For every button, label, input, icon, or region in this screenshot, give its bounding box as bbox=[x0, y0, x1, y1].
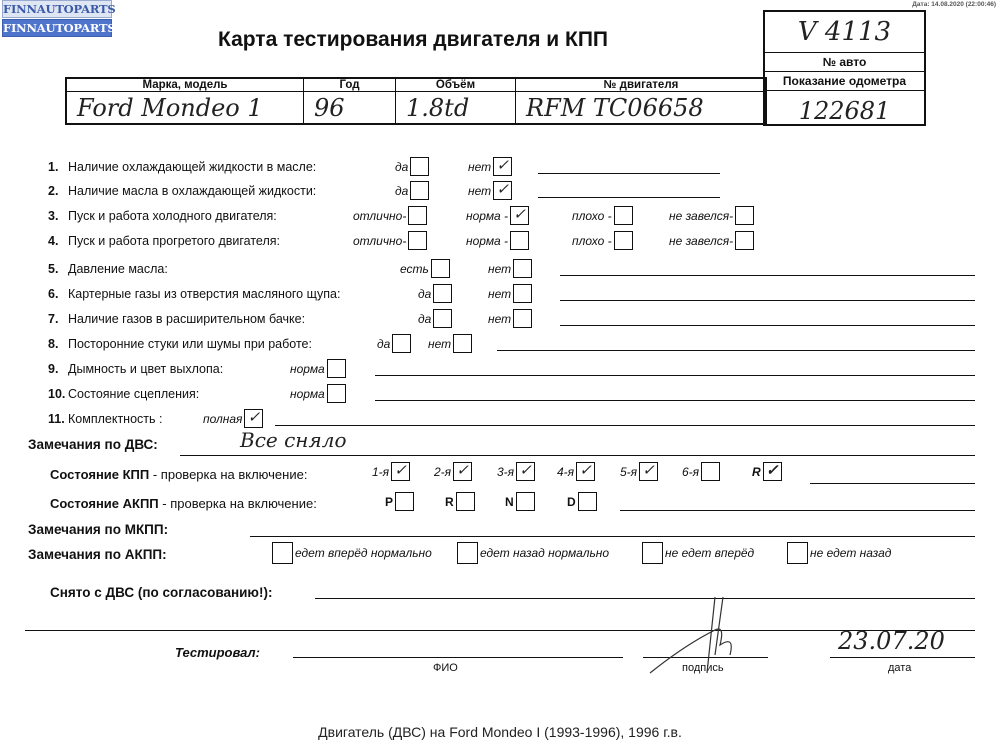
question-1-comment-line[interactable] bbox=[538, 173, 720, 174]
auto-remark-option: не едет назад bbox=[787, 542, 891, 564]
manual-remarks-line[interactable] bbox=[250, 536, 975, 537]
auto-remark-label: едет назад нормально bbox=[480, 546, 609, 560]
odometer-label: Показание одометра bbox=[765, 72, 924, 91]
question-8-comment-line[interactable] bbox=[497, 350, 975, 351]
question-6: 6.Картерные газы из отверстия масляного … bbox=[48, 287, 340, 301]
position-checkbox[interactable] bbox=[456, 492, 475, 511]
gear-label: 3-я bbox=[497, 465, 514, 479]
volume-value: 1.8td bbox=[396, 92, 515, 124]
checkbox[interactable] bbox=[431, 259, 450, 278]
question-6-option: нет bbox=[488, 284, 532, 303]
checkbox[interactable] bbox=[327, 359, 346, 378]
question-text: Дымность и цвет выхлопа: bbox=[68, 362, 223, 376]
question-10: 10.Состояние сцепления: bbox=[48, 387, 199, 401]
question-9-comment-line[interactable] bbox=[375, 375, 975, 376]
question-2-comment-line[interactable] bbox=[538, 197, 720, 198]
year-header: Год bbox=[304, 79, 395, 92]
auto-gearbox-label: Состояние АКПП - проверка на включение: bbox=[50, 496, 317, 511]
manual-gearbox-label-rest: - проверка на включение: bbox=[149, 467, 307, 482]
checkbox[interactable]: ✓ bbox=[510, 206, 529, 225]
question-7: 7.Наличие газов в расширительном бачке: bbox=[48, 312, 305, 326]
question-1: 1.Наличие охлаждающей жидкости в масле: bbox=[48, 160, 316, 174]
gear-checkbox[interactable]: ✓ bbox=[453, 462, 472, 481]
auto-remark-option: не едет вперёд bbox=[642, 542, 754, 564]
question-11: 11.Комплектность : bbox=[48, 412, 162, 426]
engine-number-header: № двигателя bbox=[516, 79, 766, 92]
question-11-option: полная✓ bbox=[203, 409, 263, 428]
question-5-option: есть bbox=[400, 259, 450, 278]
option-label: да bbox=[395, 184, 408, 198]
gear-checkbox[interactable]: ✓ bbox=[576, 462, 595, 481]
question-text: Пуск и работа прогретого двигателя: bbox=[68, 234, 280, 248]
logo-line-2: FINNAUTOPARTS bbox=[2, 19, 112, 37]
question-text: Пуск и работа холодного двигателя: bbox=[68, 209, 277, 223]
fio-label: ФИО bbox=[433, 662, 458, 674]
option-label: нет bbox=[488, 287, 511, 301]
question-2-option: да bbox=[395, 181, 429, 200]
question-11-comment-line[interactable] bbox=[275, 425, 975, 426]
auto-remark-checkbox[interactable] bbox=[787, 542, 808, 564]
gear-label: 5-я bbox=[620, 465, 637, 479]
auto-remark-label: не едет назад bbox=[810, 546, 891, 560]
question-6-comment-line[interactable] bbox=[560, 300, 975, 301]
question-2-option: нет✓ bbox=[468, 181, 512, 200]
question-7-option: да bbox=[418, 309, 452, 328]
checkbox[interactable]: ✓ bbox=[244, 409, 263, 428]
position-checkbox[interactable] bbox=[395, 492, 414, 511]
checkbox[interactable] bbox=[408, 231, 427, 250]
question-text: Наличие охлаждающей жидкости в масле: bbox=[68, 160, 316, 174]
question-number: 10. bbox=[48, 387, 68, 401]
question-5-option: нет bbox=[488, 259, 532, 278]
question-10-comment-line[interactable] bbox=[375, 400, 975, 401]
auto-remark-checkbox[interactable] bbox=[642, 542, 663, 564]
gear-1-я: 1-я✓ bbox=[372, 462, 410, 481]
question-9: 9.Дымность и цвет выхлопа: bbox=[48, 362, 223, 376]
gear-label: 4-я bbox=[557, 465, 574, 479]
signature-scribble bbox=[645, 595, 740, 680]
gear-checkbox[interactable]: ✓ bbox=[516, 462, 535, 481]
gear-R: R✓ bbox=[752, 462, 782, 481]
auto-position-D: D bbox=[567, 492, 597, 511]
question-text: Состояние сцепления: bbox=[68, 387, 199, 401]
question-3: 3.Пуск и работа холодного двигателя: bbox=[48, 209, 277, 223]
question-10-option: норма bbox=[290, 384, 346, 403]
gear-checkbox[interactable]: ✓ bbox=[763, 462, 782, 481]
manual-gearbox-label: Состояние КПП - проверка на включение: bbox=[50, 467, 307, 482]
auto-remark-checkbox[interactable] bbox=[272, 542, 293, 564]
removed-line-2[interactable] bbox=[25, 630, 975, 631]
question-number: 9. bbox=[48, 362, 68, 376]
auto-position-R: R bbox=[445, 492, 475, 511]
option-label: да bbox=[377, 337, 390, 351]
question-6-option: да bbox=[418, 284, 452, 303]
position-label: N bbox=[505, 495, 514, 509]
checkbox[interactable] bbox=[513, 284, 532, 303]
option-label: нет bbox=[468, 160, 491, 174]
option-label: не завелся- bbox=[669, 234, 733, 248]
position-label: D bbox=[567, 495, 576, 509]
logo-line-1: FINNAUTOPARTS bbox=[2, 0, 112, 18]
question-3-option: отлично- bbox=[353, 206, 427, 225]
option-label: норма bbox=[290, 387, 325, 401]
option-label: норма - bbox=[466, 234, 508, 248]
gear-6-я: 6-я bbox=[682, 462, 720, 481]
auto-remarks-label: Замечания по АКПП: bbox=[28, 547, 167, 562]
option-label: да bbox=[395, 160, 408, 174]
checkbox[interactable] bbox=[614, 231, 633, 250]
option-label: нет bbox=[468, 184, 491, 198]
question-3-option: норма -✓ bbox=[466, 206, 529, 225]
question-5-comment-line[interactable] bbox=[560, 275, 975, 276]
gear-label: R bbox=[752, 465, 761, 479]
checkbox[interactable] bbox=[410, 157, 429, 176]
gear-label: 1-я bbox=[372, 465, 389, 479]
option-label: не завелся- bbox=[669, 209, 733, 223]
question-5: 5.Давление масла: bbox=[48, 262, 168, 276]
engine-number-value: RFM TC06658 bbox=[516, 92, 766, 124]
gear-checkbox[interactable]: ✓ bbox=[391, 462, 410, 481]
auto-remark-checkbox[interactable] bbox=[457, 542, 478, 564]
question-number: 5. bbox=[48, 262, 68, 276]
question-4-option: не завелся- bbox=[669, 231, 754, 250]
make-model-value: Ford Mondeo 1 bbox=[67, 92, 303, 124]
position-checkbox[interactable] bbox=[516, 492, 535, 511]
auto-gearbox-label-bold: Состояние АКПП bbox=[50, 496, 159, 511]
auto-remark-option: едет назад нормально bbox=[457, 542, 609, 564]
manual-gearbox-label-bold: Состояние КПП bbox=[50, 467, 149, 482]
position-checkbox[interactable] bbox=[578, 492, 597, 511]
checkbox[interactable] bbox=[510, 231, 529, 250]
make-model-cell: Марка, модель Ford Mondeo 1 bbox=[67, 79, 304, 123]
question-number: 7. bbox=[48, 312, 68, 326]
volume-cell: Объём 1.8td bbox=[396, 79, 516, 123]
question-1-option: нет✓ bbox=[468, 157, 512, 176]
date-value: 23.07.20 bbox=[838, 627, 945, 655]
finnautoparts-logo: FINNAUTOPARTS FINNAUTOPARTS bbox=[2, 0, 112, 37]
removed-label: Снято с ДВС (по согласованию!): bbox=[50, 585, 272, 600]
question-7-option: нет bbox=[488, 309, 532, 328]
gear-label: 6-я bbox=[682, 465, 699, 479]
checkbox[interactable]: ✓ bbox=[493, 157, 512, 176]
car-number-label: № авто bbox=[765, 53, 924, 72]
question-text: Картерные газы из отверстия масляного щу… bbox=[68, 287, 340, 301]
question-number: 11. bbox=[48, 412, 68, 426]
page-title: Карта тестирования двигателя и КПП bbox=[218, 28, 608, 52]
engine-remarks-label: Замечания по ДВС: bbox=[28, 437, 158, 452]
date-label: дата bbox=[888, 662, 911, 674]
checkbox[interactable] bbox=[392, 334, 411, 353]
question-text: Посторонние стуки или шумы при работе: bbox=[68, 337, 312, 351]
question-text: Наличие газов в расширительном бачке: bbox=[68, 312, 305, 326]
question-text: Комплектность : bbox=[68, 412, 162, 426]
question-8-option: да bbox=[377, 334, 411, 353]
option-label: отлично- bbox=[353, 209, 406, 223]
checkbox[interactable] bbox=[614, 206, 633, 225]
question-number: 3. bbox=[48, 209, 68, 223]
question-3-option: не завелся- bbox=[669, 206, 754, 225]
gear-3-я: 3-я✓ bbox=[497, 462, 535, 481]
engine-remarks-line bbox=[180, 455, 975, 456]
option-label: отлично- bbox=[353, 234, 406, 248]
question-number: 1. bbox=[48, 160, 68, 174]
checkbox[interactable] bbox=[408, 206, 427, 225]
option-label: есть bbox=[400, 262, 429, 276]
car-number-odometer-box: V 4113 № авто Показание одометра 122681 bbox=[763, 10, 926, 126]
make-model-header: Марка, модель bbox=[67, 79, 303, 92]
question-8-option: нет bbox=[428, 334, 472, 353]
question-4: 4.Пуск и работа прогретого двигателя: bbox=[48, 234, 280, 248]
checkbox[interactable] bbox=[433, 284, 452, 303]
checkbox[interactable] bbox=[735, 231, 754, 250]
question-text: Давление масла: bbox=[68, 262, 168, 276]
question-4-option: плохо - bbox=[572, 231, 633, 250]
auto-remark-label: едет вперёд нормально bbox=[295, 546, 432, 560]
option-label: плохо - bbox=[572, 209, 612, 223]
question-text: Наличие масла в охлаждающей жидкости: bbox=[68, 184, 316, 198]
option-label: нет bbox=[488, 312, 511, 326]
checkbox[interactable] bbox=[513, 259, 532, 278]
question-1-option: да bbox=[395, 157, 429, 176]
odometer-value: 122681 bbox=[765, 91, 924, 131]
gear-label: 2-я bbox=[434, 465, 451, 479]
question-number: 2. bbox=[48, 184, 68, 198]
option-label: нет bbox=[428, 337, 451, 351]
auto-remark-label: не едет вперёд bbox=[665, 546, 754, 560]
year-cell: Год 96 bbox=[304, 79, 396, 123]
checkbox[interactable] bbox=[735, 206, 754, 225]
gear-5-я: 5-я✓ bbox=[620, 462, 658, 481]
auto-remark-option: едет вперёд нормально bbox=[272, 542, 432, 564]
question-number: 6. bbox=[48, 287, 68, 301]
checkbox[interactable] bbox=[410, 181, 429, 200]
checkbox[interactable] bbox=[513, 309, 532, 328]
question-4-option: норма - bbox=[466, 231, 529, 250]
option-label: да bbox=[418, 312, 431, 326]
auto-position-N: N bbox=[505, 492, 535, 511]
position-label: P bbox=[385, 495, 393, 509]
question-9-option: норма bbox=[290, 359, 346, 378]
checkbox[interactable]: ✓ bbox=[493, 181, 512, 200]
question-2: 2.Наличие масла в охлаждающей жидкости: bbox=[48, 184, 316, 198]
question-8: 8.Посторонние стуки или шумы при работе: bbox=[48, 337, 312, 351]
date-stamp: Дата: 14.08.2020 (22:00:46) bbox=[912, 1, 996, 8]
option-label: да bbox=[418, 287, 431, 301]
question-number: 8. bbox=[48, 337, 68, 351]
volume-header: Объём bbox=[396, 79, 515, 92]
auto-position-P: P bbox=[385, 492, 414, 511]
option-label: норма - bbox=[466, 209, 508, 223]
date-line[interactable] bbox=[830, 657, 975, 658]
option-label: норма bbox=[290, 362, 325, 376]
tested-label: Тестировал: bbox=[175, 645, 260, 660]
question-4-option: отлично- bbox=[353, 231, 427, 250]
gear-4-я: 4-я✓ bbox=[557, 462, 595, 481]
manual-gearbox-line bbox=[810, 483, 975, 484]
engine-number-cell: № двигателя RFM TC06658 bbox=[516, 79, 766, 123]
position-label: R bbox=[445, 495, 454, 509]
option-label: нет bbox=[488, 262, 511, 276]
engine-remarks-value[interactable]: Все сняло bbox=[240, 428, 346, 452]
car-number-value: V 4113 bbox=[765, 12, 924, 53]
page-caption: Двигатель (ДВС) на Ford Mondeo I (1993-1… bbox=[0, 724, 1000, 740]
gear-2-я: 2-я✓ bbox=[434, 462, 472, 481]
checkbox[interactable] bbox=[453, 334, 472, 353]
gear-checkbox[interactable] bbox=[701, 462, 720, 481]
auto-gearbox-line bbox=[620, 510, 975, 511]
question-3-option: плохо - bbox=[572, 206, 633, 225]
option-label: плохо - bbox=[572, 234, 612, 248]
checkbox[interactable] bbox=[433, 309, 452, 328]
question-7-comment-line[interactable] bbox=[560, 325, 975, 326]
year-value: 96 bbox=[304, 92, 395, 124]
auto-gearbox-label-rest: - проверка на включение: bbox=[159, 496, 317, 511]
vehicle-info-table: Марка, модель Ford Mondeo 1 Год 96 Объём… bbox=[65, 77, 767, 125]
question-number: 4. bbox=[48, 234, 68, 248]
checkbox[interactable] bbox=[327, 384, 346, 403]
fio-line[interactable] bbox=[293, 657, 623, 658]
manual-remarks-label: Замечания по МКПП: bbox=[28, 522, 168, 537]
gear-checkbox[interactable]: ✓ bbox=[639, 462, 658, 481]
option-label: полная bbox=[203, 412, 242, 426]
